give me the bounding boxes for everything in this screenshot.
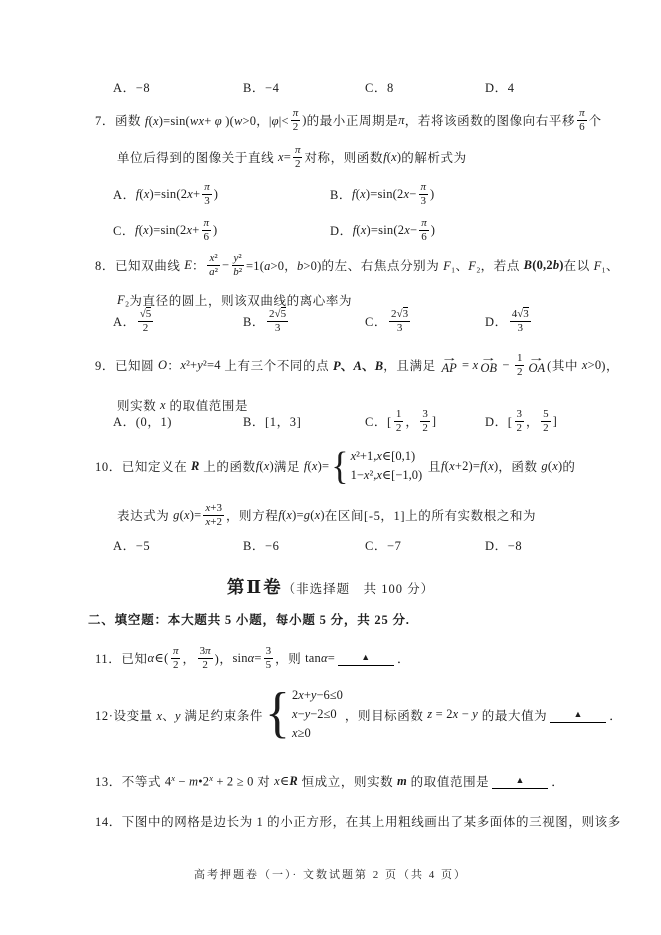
question-7-option-d: D．f(x)=sin(2x−π6) xyxy=(330,217,647,243)
fraction: π3 xyxy=(202,181,212,207)
question-7-line-2: 单位后得到的图像关于直线 x=π2对称，则函数f(x)的解析式为 xyxy=(117,144,647,170)
fraction: π2 xyxy=(171,645,181,671)
cases-system: {2x+y−6≤0x−y−2≤0x≥0 xyxy=(265,686,343,743)
fraction: π3 xyxy=(419,181,429,207)
fraction: √52 xyxy=(138,308,154,334)
question-7-option-c: C．f(x)=sin(2x+π6) xyxy=(113,217,330,243)
question-14-line: 14．下图中的网格是边长为 1 的小正方形，在其上用粗线画出了某多面体的三视图，… xyxy=(95,812,647,830)
page-footer: 高考押题卷（一）· 文数试题第 2 页（共 4 页） xyxy=(0,866,661,882)
question-6-option-a: A．−8 xyxy=(113,78,243,96)
question-9-options-row: A．(0，1) B．[1，3] C．[12，32] D．[32，52] xyxy=(95,408,647,434)
question-9-option-a: A．(0，1) xyxy=(113,412,243,430)
question-10-option-d: D．−8 xyxy=(485,536,647,554)
question-9-option-c: C．[12，32] xyxy=(365,408,485,434)
fraction: π6 xyxy=(202,217,212,243)
answer-blank: ▲ xyxy=(492,773,548,789)
fraction: π2 xyxy=(293,144,303,170)
question-8-option-a: A．√52 xyxy=(113,308,243,334)
fraction: x+3x+2 xyxy=(203,502,224,528)
question-6-option-c: C．8 xyxy=(365,78,485,96)
question-7-options-row-2: C．f(x)=sin(2x+π6) D．f(x)=sin(2x−π6) xyxy=(95,217,647,243)
fraction: x²a² xyxy=(207,252,220,278)
question-10-line-1: 10．已知定义在 R 上的函数f(x)满足 f(x)={x²+1,x∈[0,1)… xyxy=(95,447,647,485)
section-2-title: 第Ⅱ卷 xyxy=(227,577,283,597)
fraction: 12 xyxy=(394,408,404,434)
answer-blank: ▲ xyxy=(550,707,606,723)
question-7-option-b: B．f(x)=sin(2x−π3) xyxy=(330,181,647,207)
vector-arrow: →OA xyxy=(528,355,545,375)
fraction: π6 xyxy=(577,107,587,133)
fraction: 52 xyxy=(541,408,551,434)
fraction: 32 xyxy=(515,408,525,434)
fraction: 35 xyxy=(264,645,274,671)
cases-system: {x²+1,x∈[0,1)1−x²,x∈[−1,0) xyxy=(331,447,422,485)
vector-arrow: →AP xyxy=(441,355,456,375)
question-10-option-c: C．−7 xyxy=(365,536,485,554)
fill-in-blank-instructions: 二、填空题：本大题共 5 小题，每小题 5 分，共 25 分. xyxy=(88,610,410,628)
question-13-line: 13．不等式 4x − m•2x + 2 ≥ 0 对 x∈R 恒成立，则实数 m… xyxy=(95,772,647,790)
question-8-options-row: A．√52 B．2√53 C．2√33 D．4√33 xyxy=(95,308,647,334)
question-7-options-row-1: A．f(x)=sin(2x+π3) B．f(x)=sin(2x−π3) xyxy=(95,181,647,207)
question-8-line-1: 8．已知双曲线 E：x²a²−y²b²=1(a>0，b>0)的左、右焦点分别为 … xyxy=(95,252,647,278)
question-10-line-2: 表达式为 g(x)=x+3x+2，则方程f(x)=g(x)在区间[-5，1]上的… xyxy=(117,502,647,528)
question-9-line-1: 9．已知圆 O：x²+y²=4 上有三个不同的点 P、A、B，且满足 →AP =… xyxy=(95,352,647,378)
fraction: π6 xyxy=(419,217,429,243)
question-10-options-row: A．−5 B．−6 C．−7 D．−8 xyxy=(95,536,647,554)
question-7-line-1: 7．函数 f(x)=sin(wx+ φ )(w>0，|φ|<π2)的最小正周期是… xyxy=(95,107,647,133)
vector-arrow: →OB xyxy=(480,355,497,375)
fraction: 32 xyxy=(420,408,430,434)
answer-blank: ▲ xyxy=(338,650,394,666)
question-12-line: 12·设变量 x、y 满足约束条件{2x+y−6≤0x−y−2≤0x≥0，则目标… xyxy=(95,686,647,743)
section-2-heading: 第Ⅱ卷（非选择题 共 100 分） xyxy=(0,574,661,599)
question-9-option-d: D．[32，52] xyxy=(485,408,647,434)
fraction: 12 xyxy=(515,352,525,378)
fraction: π2 xyxy=(291,107,301,133)
exam-paper-page: A．−8 B．−4 C．8 D．4 7．函数 f(x)=sin(wx+ φ )(… xyxy=(0,0,661,935)
question-6-option-b: B．−4 xyxy=(243,78,365,96)
fraction: 2√53 xyxy=(267,308,288,334)
question-8-line-2: F₂为直径的圆上，则该双曲线的离心率为 xyxy=(117,291,647,309)
question-7-option-a: A．f(x)=sin(2x+π3) xyxy=(113,181,330,207)
question-9-option-b: B．[1，3] xyxy=(243,412,365,430)
section-2-subtitle: （非选择题 共 100 分） xyxy=(283,582,435,596)
question-10-option-a: A．−5 xyxy=(113,536,243,554)
fraction: 2√33 xyxy=(389,308,410,334)
question-10-option-b: B．−6 xyxy=(243,536,365,554)
fraction: y²b² xyxy=(231,252,244,278)
question-6-options-row: A．−8 B．−4 C．8 D．4 xyxy=(95,78,647,96)
question-8-option-b: B．2√53 xyxy=(243,308,365,334)
fraction: 4√33 xyxy=(510,308,531,334)
question-8-option-d: D．4√33 xyxy=(485,308,647,334)
question-11-line: 11．已知α∈(π2，3π2)，sinα=35，则 tanα=▲． xyxy=(95,645,647,671)
question-6-option-d: D．4 xyxy=(485,78,647,96)
fraction: 3π2 xyxy=(198,645,213,671)
question-8-option-c: C．2√33 xyxy=(365,308,485,334)
